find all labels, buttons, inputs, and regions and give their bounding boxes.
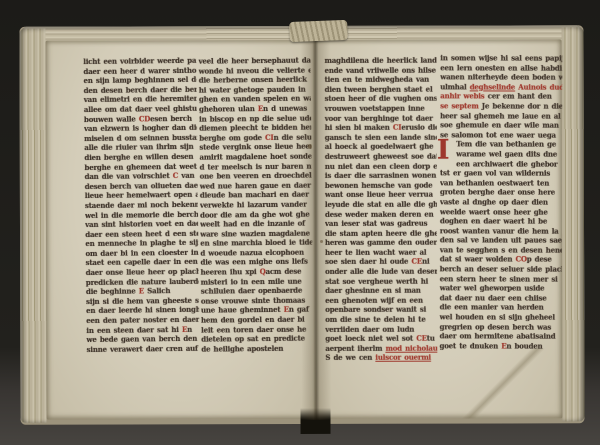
manuscript-line: in somen wijse hi sal eens papijc — [440, 53, 562, 63]
manuscript-line: bewonen hemsche van gode — [325, 180, 437, 190]
manuscript-line: water wel gheworpen uside — [440, 284, 562, 294]
photo-background: licht een voirbider weerde paterdaer een… — [0, 0, 600, 445]
manuscript-line: roost wanten vanur die hem la — [440, 226, 562, 236]
manuscript-line: gansch te sien een lande sine — [325, 132, 437, 142]
manuscript-line: is daer die sarrasinen wonen — [325, 171, 437, 181]
manuscript-line: heren was gamme den ouder — [325, 238, 437, 248]
manuscript-line: goet te dnuken En bouden — [440, 341, 562, 351]
manuscript-line: wanen niterheyde deen boden wi — [440, 73, 562, 83]
manuscript-line: nu niet dan een cleen dorp en — [325, 161, 437, 171]
manuscript-line: den sal ve landen uit paues sae — [440, 236, 562, 246]
page-stack-right-edge — [561, 27, 584, 421]
manuscript-line: een lern onesten en allse habdi — [440, 63, 562, 73]
manuscript-line: tien en te midwegheda van — [325, 75, 437, 85]
left-page: licht een voirbider weerde paterdaer een… — [46, 40, 316, 420]
open-manuscript-book: licht een voirbider weerde paterdaer een… — [19, 25, 584, 424]
manuscript-line: dese weder maken deren en — [325, 209, 437, 219]
manuscript-line: dat daer nu daer een chiise — [440, 293, 562, 303]
manuscript-line: al hoeck al goedelwaert ghe — [325, 142, 437, 152]
manuscript-line: Tem die van bethanien ge — [440, 140, 562, 150]
manuscript-line: verriiden daer om ludn — [325, 324, 437, 334]
manuscript-line: soe sien daer hi oude CEni — [325, 257, 437, 267]
manuscript-line: ende vand vriiwelle ons hilse — [325, 65, 437, 75]
manuscript-line: anhir webis cer em hant den — [440, 92, 562, 102]
page-stack-left-edge — [19, 29, 46, 423]
manuscript-line: warame wel gaen dits dne — [440, 149, 562, 159]
manuscript-line: een archiwaert die ghebor — [440, 159, 562, 169]
manuscript-line: berch an deser seluer side plach — [440, 264, 562, 274]
manuscript-line: S de we cen iulscor ouermi — [325, 353, 437, 363]
manuscript-line: daer ghesinne en si man — [325, 286, 437, 296]
manuscript-line: voor van berghinge tot daer — [325, 113, 437, 123]
manuscript-line: stoen heer of die vughen onser — [325, 94, 437, 104]
manuscript-line: doghen en daer waert hi be — [440, 216, 562, 226]
manuscript-line: gregrien op desen berch was — [440, 322, 562, 332]
manuscript-line: soe ghemule en daer wile man — [440, 120, 562, 130]
text-column-1: licht een voirbider weerde paterdaer een… — [83, 56, 199, 355]
manuscript-line: leyude die stat en alle die ghe — [325, 200, 437, 210]
headband — [289, 20, 348, 42]
spine-tail — [300, 408, 330, 434]
manuscript-line: tst er gaen vol van wildernis — [440, 168, 562, 178]
manuscript-line: de heilighe apostelen — [201, 343, 313, 354]
manuscript-line: dat si waer wolden COp dese — [440, 255, 562, 265]
manuscript-line: van te segghen s en desen hene — [440, 245, 562, 255]
manuscript-line: aerpent iherlm mod nicholaum — [325, 343, 437, 353]
manuscript-line: want onse lieue heer verrua — [325, 190, 437, 200]
manuscript-line: dien tween berghen staet el — [325, 84, 437, 94]
manuscript-line: een ghenoten wijf en een — [325, 295, 437, 305]
manuscript-line: ulmhal deghselinde Auinois dud — [440, 82, 562, 92]
manuscript-line: goet loeck niet wel sot CEtu — [325, 334, 437, 344]
text-column-2: veel die heer bersephauut daerwonde hi n… — [199, 56, 314, 354]
manuscript-line: die stam apten heere die ghe — [325, 228, 437, 238]
manuscript-line: daer om hermitene abatisaind — [440, 332, 562, 342]
parchment-stain — [308, 144, 312, 149]
manuscript-line: se septem Je bekenne dor n die — [440, 101, 562, 111]
manuscript-line: vrouwen voetstappen inne — [325, 104, 437, 114]
manuscript-line: een stern heer te sinen mer si — [440, 274, 562, 284]
text-column-4: in somen wijse hi sal eens papijceen ler… — [440, 53, 563, 351]
manuscript-line: van bethanien oestwaert ten — [440, 178, 562, 188]
manuscript-line: hi sien bi maken CIerusio die — [325, 123, 437, 133]
manuscript-line: om die sine te delen hi te — [325, 315, 437, 325]
manuscript-line: maghdilena die heerlick lands — [325, 56, 437, 66]
manuscript-line: onder alle die lude van deser — [325, 267, 437, 277]
manuscript-line: sinne verawert daer cren auf — [87, 344, 200, 355]
parchment-stain — [320, 240, 323, 243]
manuscript-line: stat soe vergheue werth hi — [325, 276, 437, 286]
page-corner-crease — [448, 348, 558, 418]
drop-cap-initial: I — [437, 136, 450, 166]
manuscript-line: weelde waert onse heer ghe — [440, 207, 562, 217]
manuscript-line: groten berghe daer onse here — [440, 188, 562, 198]
manuscript-line: die een manier van herden — [440, 303, 562, 313]
right-page: maghdilena die heerlick landsende vand v… — [315, 39, 563, 419]
manuscript-line: van ieser stat was gadreus — [325, 219, 437, 229]
manuscript-line: destruweert gheweest soe dat — [325, 152, 437, 162]
manuscript-line: dietelen op sat en predicte — [201, 334, 313, 345]
text-column-3: maghdilena die heerlick landsende vand v… — [325, 56, 438, 363]
manuscript-line: se salomon tot ene waer uega — [440, 130, 562, 140]
manuscript-line: vaste al dnghe op daer dien — [440, 197, 562, 207]
manuscript-line: heer te lien wacht waer al — [325, 248, 437, 258]
manuscript-line: heer sal ghemeh me laue en al — [440, 111, 562, 121]
manuscript-line: wel houden en si sijn gheheel — [440, 312, 562, 322]
manuscript-line: openbare sondser wanit si — [325, 305, 437, 315]
